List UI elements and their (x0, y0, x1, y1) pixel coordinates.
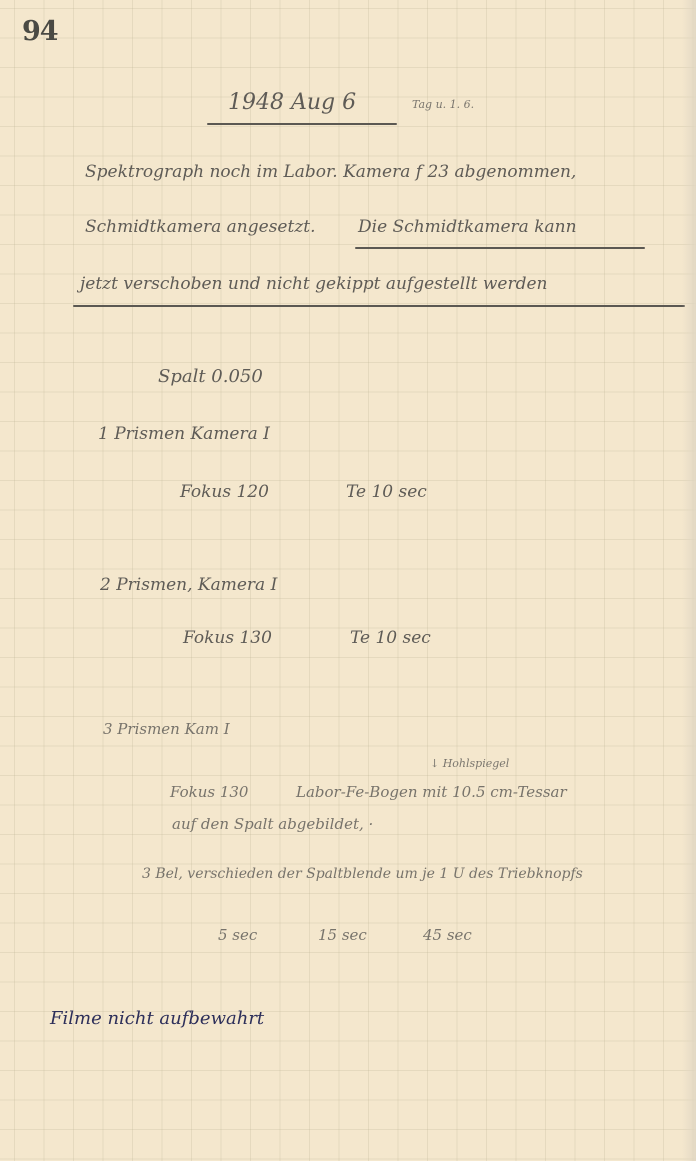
footer-note: Filme nicht aufbewahrt (50, 1008, 264, 1029)
entry-3-detail: Labor-Fe-Bogen mit 10.5 cm-Tessar (296, 783, 567, 801)
intro-underline-1 (355, 247, 645, 249)
intro-line-1: Spektrograph noch im Labor. Kamera f 23 … (85, 162, 576, 182)
date-underline (207, 123, 397, 125)
entry-3-focus: Fokus 130 (170, 783, 248, 801)
entry-3-note: 3 Bel, verschieden der Spaltblende um je… (142, 866, 583, 882)
entry-3-exposure-1: 5 sec (218, 926, 257, 944)
entry-2-focus: Fokus 130 (183, 628, 272, 648)
entry-3-detail-2: auf den Spalt abgebildet, · (172, 815, 373, 833)
entry-2-title: 2 Prismen, Kamera I (100, 575, 277, 595)
intro-line-2b: Die Schmidtkamera kann (358, 217, 577, 237)
entry-1-title: 1 Prismen Kamera I (98, 424, 270, 444)
entry-1-exposure: Te 10 sec (346, 482, 427, 502)
notebook-page: 94 1948 Aug 6 Tag u. 1. 6. Spektrograph … (0, 0, 696, 1161)
entry-1-focus: Fokus 120 (180, 482, 269, 502)
slit-width: Spalt 0.050 (158, 366, 263, 387)
intro-line-3: jetzt verschoben und nicht gekippt aufge… (80, 274, 548, 294)
entry-3-title: 3 Prismen Kam I (103, 720, 230, 738)
entry-3-exposure-3: 45 sec (423, 926, 472, 944)
entry-date: 1948 Aug 6 (228, 90, 356, 115)
entry-3-exposure-2: 15 sec (318, 926, 367, 944)
entry-3-insertion: ↓ Hohlspiegel (430, 757, 509, 770)
intro-underline-2 (73, 305, 685, 307)
date-note: Tag u. 1. 6. (412, 98, 474, 111)
page-number: 94 (22, 16, 58, 47)
intro-line-2a: Schmidtkamera angesetzt. (85, 217, 316, 237)
entry-2-exposure: Te 10 sec (350, 628, 431, 648)
